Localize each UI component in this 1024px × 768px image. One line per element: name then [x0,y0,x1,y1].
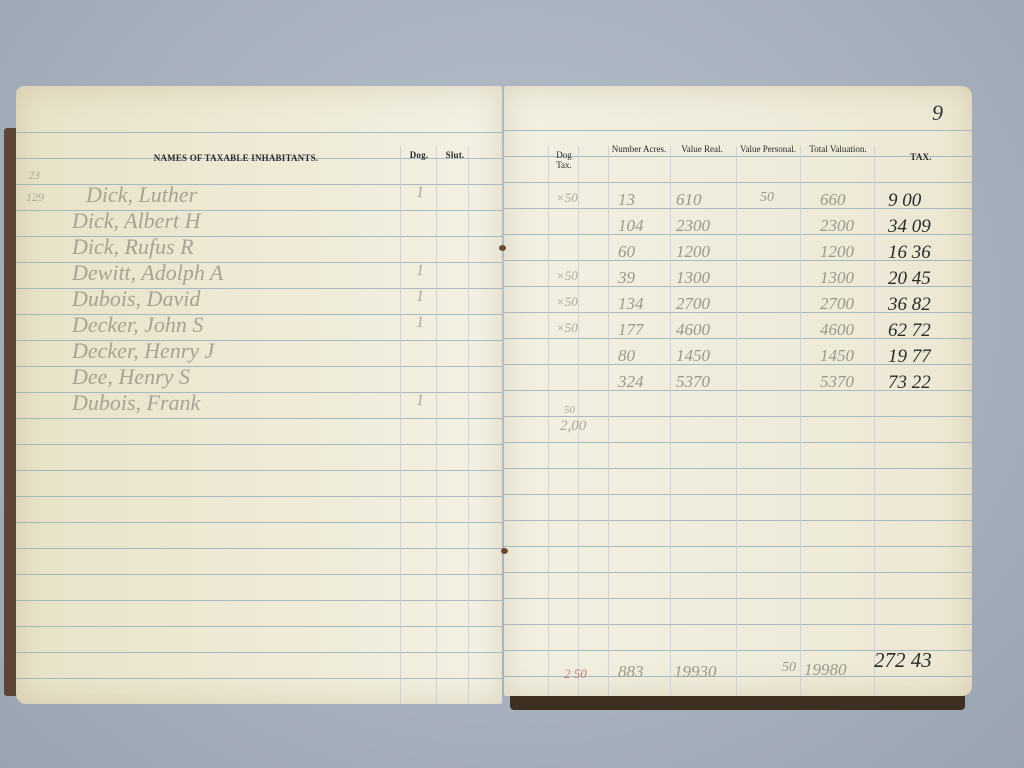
header-names: NAMES OF TAXABLE INHABITANTS. [126,153,346,163]
ruled-line [16,600,502,601]
total-valuation: 19980 [804,660,847,680]
header-dog: Dog. [404,150,434,160]
acres-cell: 134 [618,294,644,314]
ruled-line [504,572,972,573]
inhabitant-name: Dewitt, Adolph A [72,260,223,286]
dog-tax-subtotal: 2,00 [560,418,586,435]
dog-count: 1 [416,262,424,280]
ruled-line [504,494,972,495]
inhabitant-name: Dubois, David [72,286,200,312]
tax-cell: 16 36 [888,242,931,264]
value-real-cell: 4600 [676,320,710,340]
header-number-acres: Number Acres. [608,144,670,154]
page-number: 9 [932,100,943,126]
ruled-line [16,548,502,549]
total-valuation-cell: 2300 [820,216,854,236]
total-valuation-cell: 2700 [820,294,854,314]
ruled-line [504,416,972,417]
tax-cell: 62 72 [888,320,931,342]
ruled-line [16,418,502,419]
header-dog-tax: Dog Tax. [548,150,580,170]
ruled-line [16,496,502,497]
inhabitant-name: Decker, John S [72,312,203,338]
value-real-cell: 610 [676,190,702,210]
ruled-line [504,442,972,443]
dog-count: 1 [416,314,424,332]
margin-note: 23 [28,168,40,183]
total-value-real: 19930 [674,662,717,682]
ruled-line [504,182,972,183]
value-real-cell: 2300 [676,216,710,236]
value-real-cell: 1450 [676,346,710,366]
inhabitant-name: Dick, Rufus R [72,234,194,260]
total-valuation-cell: 1300 [820,268,854,288]
total-valuation-cell: 4600 [820,320,854,340]
total-valuation-cell: 660 [820,190,846,210]
ruled-line [504,546,972,547]
tax-cell: 36 82 [888,294,931,316]
dog-count: 1 [416,184,424,202]
ruled-line [16,470,502,471]
acres-cell: 177 [618,320,644,340]
inhabitant-name: Dick, Luther [86,182,197,208]
ruled-line [504,520,972,521]
column-divider [548,146,549,696]
acres-cell: 60 [618,242,635,262]
binding-stitch [499,245,506,251]
acres-cell: 80 [618,346,635,366]
inhabitant-name: Dick, Albert H [72,208,201,234]
ruled-line [16,678,502,679]
tax-cell: 9 00 [888,190,921,212]
dog-tax-cell: ×50 [556,268,578,284]
inhabitant-name: Dubois, Frank [72,390,200,416]
value-real-cell: 2700 [676,294,710,314]
dog-count: 1 [416,288,424,306]
dog-tax-cell: ×50 [556,294,578,310]
dog-count: 1 [416,392,424,410]
total-acres: 883 [618,662,644,682]
total-valuation-cell: 1200 [820,242,854,262]
tax-cell: 34 09 [888,216,931,238]
ruled-line [16,652,502,653]
column-divider [670,146,671,696]
ruled-line [504,468,972,469]
ruled-line [504,130,972,131]
ruled-line [16,522,502,523]
header-value-real: Value Real. [676,144,728,154]
dog-tax-cell: ×50 [556,320,578,336]
dog-tax-cell: ×50 [556,190,578,206]
binding-stitch [501,548,508,554]
ledger-right-page: 9 Dog Tax. Number Acres. Value Real. Val… [504,86,972,696]
margin-note: 129 [26,190,44,205]
total-dog-tax: 2 50 [564,666,587,682]
dog-tax-subtotal-top: 50 [564,404,575,416]
acres-cell: 104 [618,216,644,236]
value-real-cell: 5370 [676,372,710,392]
column-divider [400,146,401,704]
header-tax: TAX. [896,152,946,162]
column-divider [800,146,801,696]
column-divider [436,146,437,704]
column-divider [874,146,875,696]
inhabitant-name: Dee, Henry S [72,364,190,390]
value-personal-cell: 50 [760,190,774,206]
header-slut: Slut. [440,150,470,160]
acres-cell: 324 [618,372,644,392]
total-valuation-cell: 5370 [820,372,854,392]
ruled-line [504,624,972,625]
ruled-line [16,132,502,133]
ruled-line [16,574,502,575]
inhabitant-name: Decker, Henry J [72,338,214,364]
header-total-valuation: Total Valuation. [806,144,870,154]
total-tax: 272 43 [874,648,932,673]
tax-cell: 73 22 [888,372,931,394]
header-value-personal: Value Personal. [740,144,796,154]
value-real-cell: 1200 [676,242,710,262]
column-divider [736,146,737,696]
tax-cell: 20 45 [888,268,931,290]
total-value-personal: 50 [782,660,796,676]
ruled-line [16,444,502,445]
value-real-cell: 1300 [676,268,710,288]
ruled-line [16,626,502,627]
column-divider [468,146,469,704]
total-valuation-cell: 1450 [820,346,854,366]
tax-cell: 19 77 [888,346,931,368]
ruled-line [504,598,972,599]
acres-cell: 13 [618,190,635,210]
column-divider [608,146,609,696]
ledger-left-page: NAMES OF TAXABLE INHABITANTS. Dog. Slut.… [16,86,502,704]
acres-cell: 39 [618,268,635,288]
